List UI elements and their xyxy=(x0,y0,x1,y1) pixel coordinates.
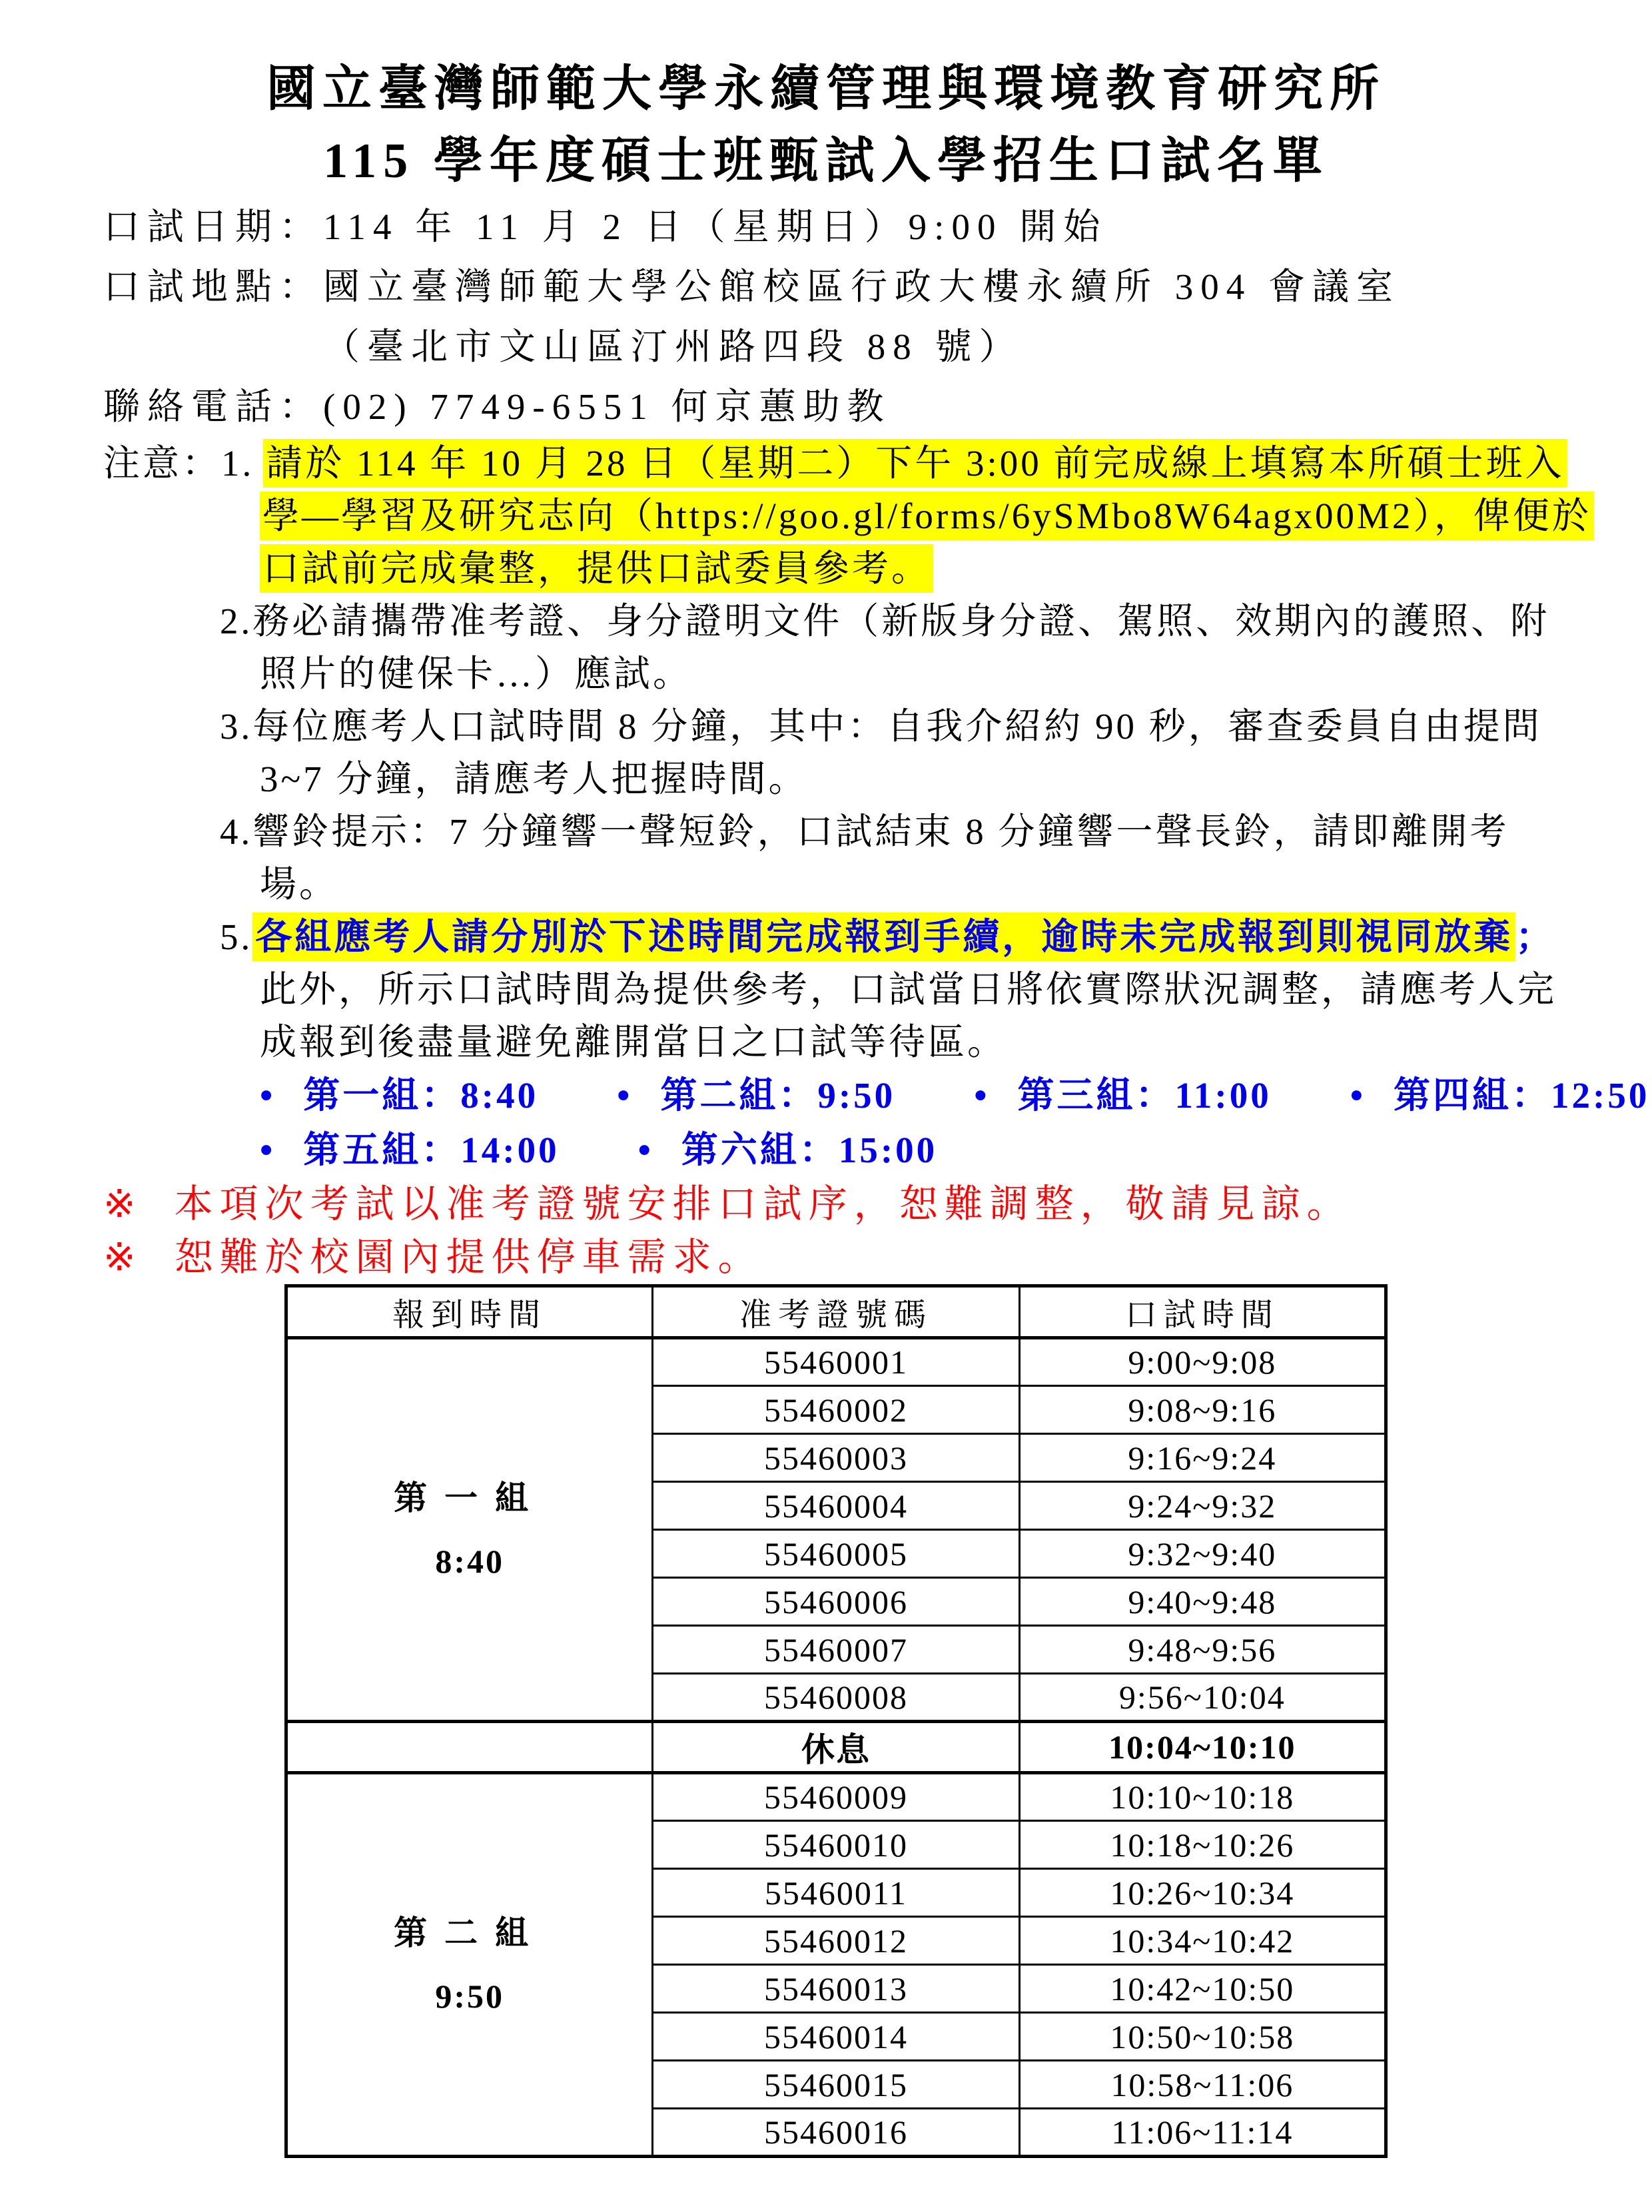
candidate-id-cell: 55460009 xyxy=(653,1773,1019,1821)
note-item4-number: 4. xyxy=(220,811,252,852)
interview-time-cell: 9:00~9:08 xyxy=(1019,1338,1386,1386)
header-checkin-time: 報到時間 xyxy=(286,1286,653,1338)
group5-time-label: 第五組：14:00 xyxy=(303,1130,559,1170)
note-item1-line3: 口試前完成彙整，提供口試委員參考。 xyxy=(0,542,1652,595)
candidate-id-cell: 55460013 xyxy=(653,1965,1019,2013)
candidate-id-cell: 55460005 xyxy=(653,1530,1019,1578)
contact-phone-line: 聯絡電話：(02) 7749-6551 何京蕙助教 xyxy=(103,377,1652,437)
bullet-icon: • xyxy=(1350,1075,1366,1116)
group2-checkin-time: 9:50 xyxy=(288,1965,651,2028)
interview-time-cell: 10:42~10:50 xyxy=(1019,1965,1386,2013)
note-item2-text2: 照片的健保卡…）應試。 xyxy=(260,653,692,694)
table-row: 第一組 8:40 55460001 9:00~9:08 xyxy=(286,1338,1386,1386)
note-item2-line1: 2.務必請攜帶准考證、身分證明文件（新版身分證、駕照、效期內的護照、附 xyxy=(0,595,1652,647)
title-line1: 國立臺灣師範大學永續管理與環境教育研究所 xyxy=(0,53,1652,125)
group-time-item: •第三組：11:00 xyxy=(974,1068,1272,1123)
interview-time-cell: 10:34~10:42 xyxy=(1019,1917,1386,1965)
note-item3-number: 3. xyxy=(220,706,252,747)
note-item3-text1: 每位應考人口試時間 8 分鐘，其中：自我介紹約 90 秒，審查委員自由提問 xyxy=(252,706,1542,747)
group-time-item: •第五組：14:00 xyxy=(260,1123,560,1178)
interview-time-cell: 9:08~9:16 xyxy=(1019,1386,1386,1434)
break-empty-cell xyxy=(286,1722,653,1773)
candidate-id-cell: 55460014 xyxy=(653,2013,1019,2061)
interview-time-cell: 10:50~10:58 xyxy=(1019,2013,1386,2061)
title-line2: 115 學年度碩士班甄試入學招生口試名單 xyxy=(0,125,1652,197)
reference-mark-icon: ※ xyxy=(103,1182,143,1226)
interview-time-cell: 9:40~9:48 xyxy=(1019,1578,1386,1626)
interview-time-cell: 9:32~9:40 xyxy=(1019,1530,1386,1578)
bullet-icon: • xyxy=(974,1075,989,1116)
group-time-item: •第一組：8:40 xyxy=(260,1068,538,1123)
reference-mark-icon: ※ xyxy=(103,1236,143,1279)
break-row: 休息 10:04~10:10 xyxy=(286,1722,1386,1773)
break-label-cell: 休息 xyxy=(653,1722,1019,1773)
interview-time-cell: 10:10~10:18 xyxy=(1019,1773,1386,1821)
candidate-id-cell: 55460011 xyxy=(653,1869,1019,1917)
candidate-id-cell: 55460003 xyxy=(653,1434,1019,1482)
group-time-item: •第四組：12:50 xyxy=(1350,1068,1650,1123)
notes-section: 注意：1.請於 114 年 10 月 28 日（星期二）下午 3:00 前完成線… xyxy=(0,437,1652,1178)
group2-name: 第二組 xyxy=(288,1902,651,1965)
note-item4-line1: 4.響鈴提示：7 分鐘響一聲短鈴，口試結束 8 分鐘響一聲長鈴，請即離開考 xyxy=(0,805,1652,858)
note-item3-text2: 3~7 分鐘，請應考人把握時間。 xyxy=(260,759,808,799)
note-item2-number: 2. xyxy=(220,601,252,641)
interview-time-cell: 9:48~9:56 xyxy=(1019,1626,1386,1674)
interview-schedule-table: 報到時間 准考證號碼 口試時間 第一組 8:40 55460001 9:00~9… xyxy=(284,1284,1388,2158)
notice-line1: ※本項次考試以准考證號安排口試序，恕難調整，敬請見諒。 xyxy=(0,1178,1652,1231)
interview-time-cell: 9:24~9:32 xyxy=(1019,1482,1386,1530)
group6-time-label: 第六組：15:00 xyxy=(681,1130,937,1170)
candidate-id-cell: 55460004 xyxy=(653,1482,1019,1530)
note-item4-text2: 場。 xyxy=(260,864,338,905)
note-item1-line2: 學—學習及研究志向（https://goo.gl/forms/6ySMbo8W6… xyxy=(0,490,1652,542)
interview-time-cell: 10:58~11:06 xyxy=(1019,2061,1386,2109)
note-item1-highlight1: 請於 114 年 10 月 28 日（星期二）下午 3:00 前完成線上填寫本所… xyxy=(263,439,1567,488)
note-item5-number: 5. xyxy=(220,917,252,957)
candidate-id-cell: 55460001 xyxy=(653,1338,1019,1386)
break-time-cell: 10:04~10:10 xyxy=(1019,1722,1386,1773)
note-item1-highlight3: 口試前完成彙整，提供口試委員參考。 xyxy=(260,544,933,593)
interview-time-cell: 9:16~9:24 xyxy=(1019,1434,1386,1482)
candidate-id-cell: 55460012 xyxy=(653,1917,1019,1965)
table-header-row: 報到時間 准考證號碼 口試時間 xyxy=(286,1286,1386,1338)
note-item4-text1: 響鈴提示：7 分鐘響一聲短鈴，口試結束 8 分鐘響一聲長鈴，請即離開考 xyxy=(252,811,1509,852)
group-time-item: •第六組：15:00 xyxy=(638,1123,938,1178)
candidate-id-cell: 55460002 xyxy=(653,1386,1019,1434)
notes-label: 注意：1. xyxy=(103,443,254,484)
note-item5-line2: 此外，所示口試時間為提供參考，口試當日將依實際狀況調整，請應考人完 xyxy=(0,963,1652,1016)
info-section: 口試日期：114 年 11 月 2 日（星期日）9:00 開始 口試地點：國立臺… xyxy=(0,197,1652,437)
interview-address-line: （臺北市文山區汀州路四段 88 號） xyxy=(103,317,1652,377)
header-candidate-id: 准考證號碼 xyxy=(653,1286,1019,1338)
candidate-id-cell: 55460015 xyxy=(653,2061,1019,2109)
bullet-icon: • xyxy=(617,1075,632,1116)
candidate-id-cell: 55460008 xyxy=(653,1674,1019,1722)
page-title: 國立臺灣師範大學永續管理與環境教育研究所 115 學年度碩士班甄試入學招生口試名… xyxy=(0,0,1652,197)
document-page: 國立臺灣師範大學永續管理與環境教育研究所 115 學年度碩士班甄試入學招生口試名… xyxy=(0,0,1652,2212)
bullet-icon: • xyxy=(260,1075,275,1116)
candidate-id-cell: 55460010 xyxy=(653,1821,1019,1869)
table-row: 第二組 9:50 55460009 10:10~10:18 xyxy=(286,1773,1386,1821)
group3-time-label: 第三組：11:00 xyxy=(1017,1075,1271,1116)
group1-time-label: 第一組：8:40 xyxy=(303,1075,538,1116)
note-item1-line1: 注意：1.請於 114 年 10 月 28 日（星期二）下午 3:00 前完成線… xyxy=(0,437,1652,490)
interview-time-cell: 9:56~10:04 xyxy=(1019,1674,1386,1722)
header-interview-time: 口試時間 xyxy=(1019,1286,1386,1338)
note-item3-line1: 3.每位應考人口試時間 8 分鐘，其中：自我介紹約 90 秒，審查委員自由提問 xyxy=(0,700,1652,753)
group4-time-label: 第四組：12:50 xyxy=(1394,1075,1649,1116)
note-item2-line2: 照片的健保卡…）應試。 xyxy=(0,647,1652,700)
note-item3-line2: 3~7 分鐘，請應考人把握時間。 xyxy=(0,753,1652,805)
notice-text1: 本項次考試以准考證號安排口試序，恕難調整，敬請見諒。 xyxy=(175,1182,1352,1226)
note-item5-text3: 成報到後盡量避免離開當日之口試等待區。 xyxy=(260,1022,1007,1062)
group-time-item: •第二組：9:50 xyxy=(617,1068,895,1123)
note-item4-line2: 場。 xyxy=(0,858,1652,911)
notice-line2: ※恕難於校園內提供停車需求。 xyxy=(0,1231,1652,1284)
note-item5-line1: 5.各組應考人請分別於下述時間完成報到手續，逾時未完成報到則視同放棄； xyxy=(0,911,1652,963)
note-item2-text1: 務必請攜帶准考證、身分證明文件（新版身分證、駕照、效期內的護照、附 xyxy=(252,601,1549,641)
note-item5-tail: ； xyxy=(1515,917,1555,957)
note-item5-text2: 此外，所示口試時間為提供參考，口試當日將依實際狀況調整，請應考人完 xyxy=(260,969,1557,1010)
group1-label-cell: 第一組 8:40 xyxy=(286,1338,653,1722)
candidate-id-cell: 55460007 xyxy=(653,1626,1019,1674)
interview-date-line: 口試日期：114 年 11 月 2 日（星期日）9:00 開始 xyxy=(103,197,1652,257)
group1-checkin-time: 8:40 xyxy=(288,1530,651,1593)
table-body: 第一組 8:40 55460001 9:00~9:08 55460002 9:0… xyxy=(286,1338,1386,2157)
interview-location-line: 口試地點：國立臺灣師範大學公館校區行政大樓永續所 304 會議室 xyxy=(103,257,1652,317)
group2-label-cell: 第二組 9:50 xyxy=(286,1773,653,2157)
table-header: 報到時間 准考證號碼 口試時間 xyxy=(286,1286,1386,1338)
note-item5-highlight: 各組應考人請分別於下述時間完成報到手續，逾時未完成報到則視同放棄 xyxy=(252,913,1515,961)
group-times-row2: •第五組：14:00 •第六組：15:00 xyxy=(0,1123,1652,1178)
note-item5-line3: 成報到後盡量避免離開當日之口試等待區。 xyxy=(0,1016,1652,1068)
bullet-icon: • xyxy=(260,1130,275,1170)
bullet-icon: • xyxy=(638,1130,653,1170)
interview-time-cell: 11:06~11:14 xyxy=(1019,2109,1386,2157)
interview-time-cell: 10:18~10:26 xyxy=(1019,1821,1386,1869)
candidate-id-cell: 55460016 xyxy=(653,2109,1019,2157)
group2-time-label: 第二組：9:50 xyxy=(660,1075,895,1116)
candidate-id-cell: 55460006 xyxy=(653,1578,1019,1626)
interview-time-cell: 10:26~10:34 xyxy=(1019,1869,1386,1917)
group1-name: 第一組 xyxy=(288,1467,651,1530)
group-times-row1: •第一組：8:40 •第二組：9:50 •第三組：11:00 •第四組：12:5… xyxy=(0,1068,1652,1123)
note-item1-highlight2: 學—學習及研究志向（https://goo.gl/forms/6ySMbo8W6… xyxy=(260,492,1594,540)
notice-text2: 恕難於校園內提供停車需求。 xyxy=(175,1236,763,1279)
